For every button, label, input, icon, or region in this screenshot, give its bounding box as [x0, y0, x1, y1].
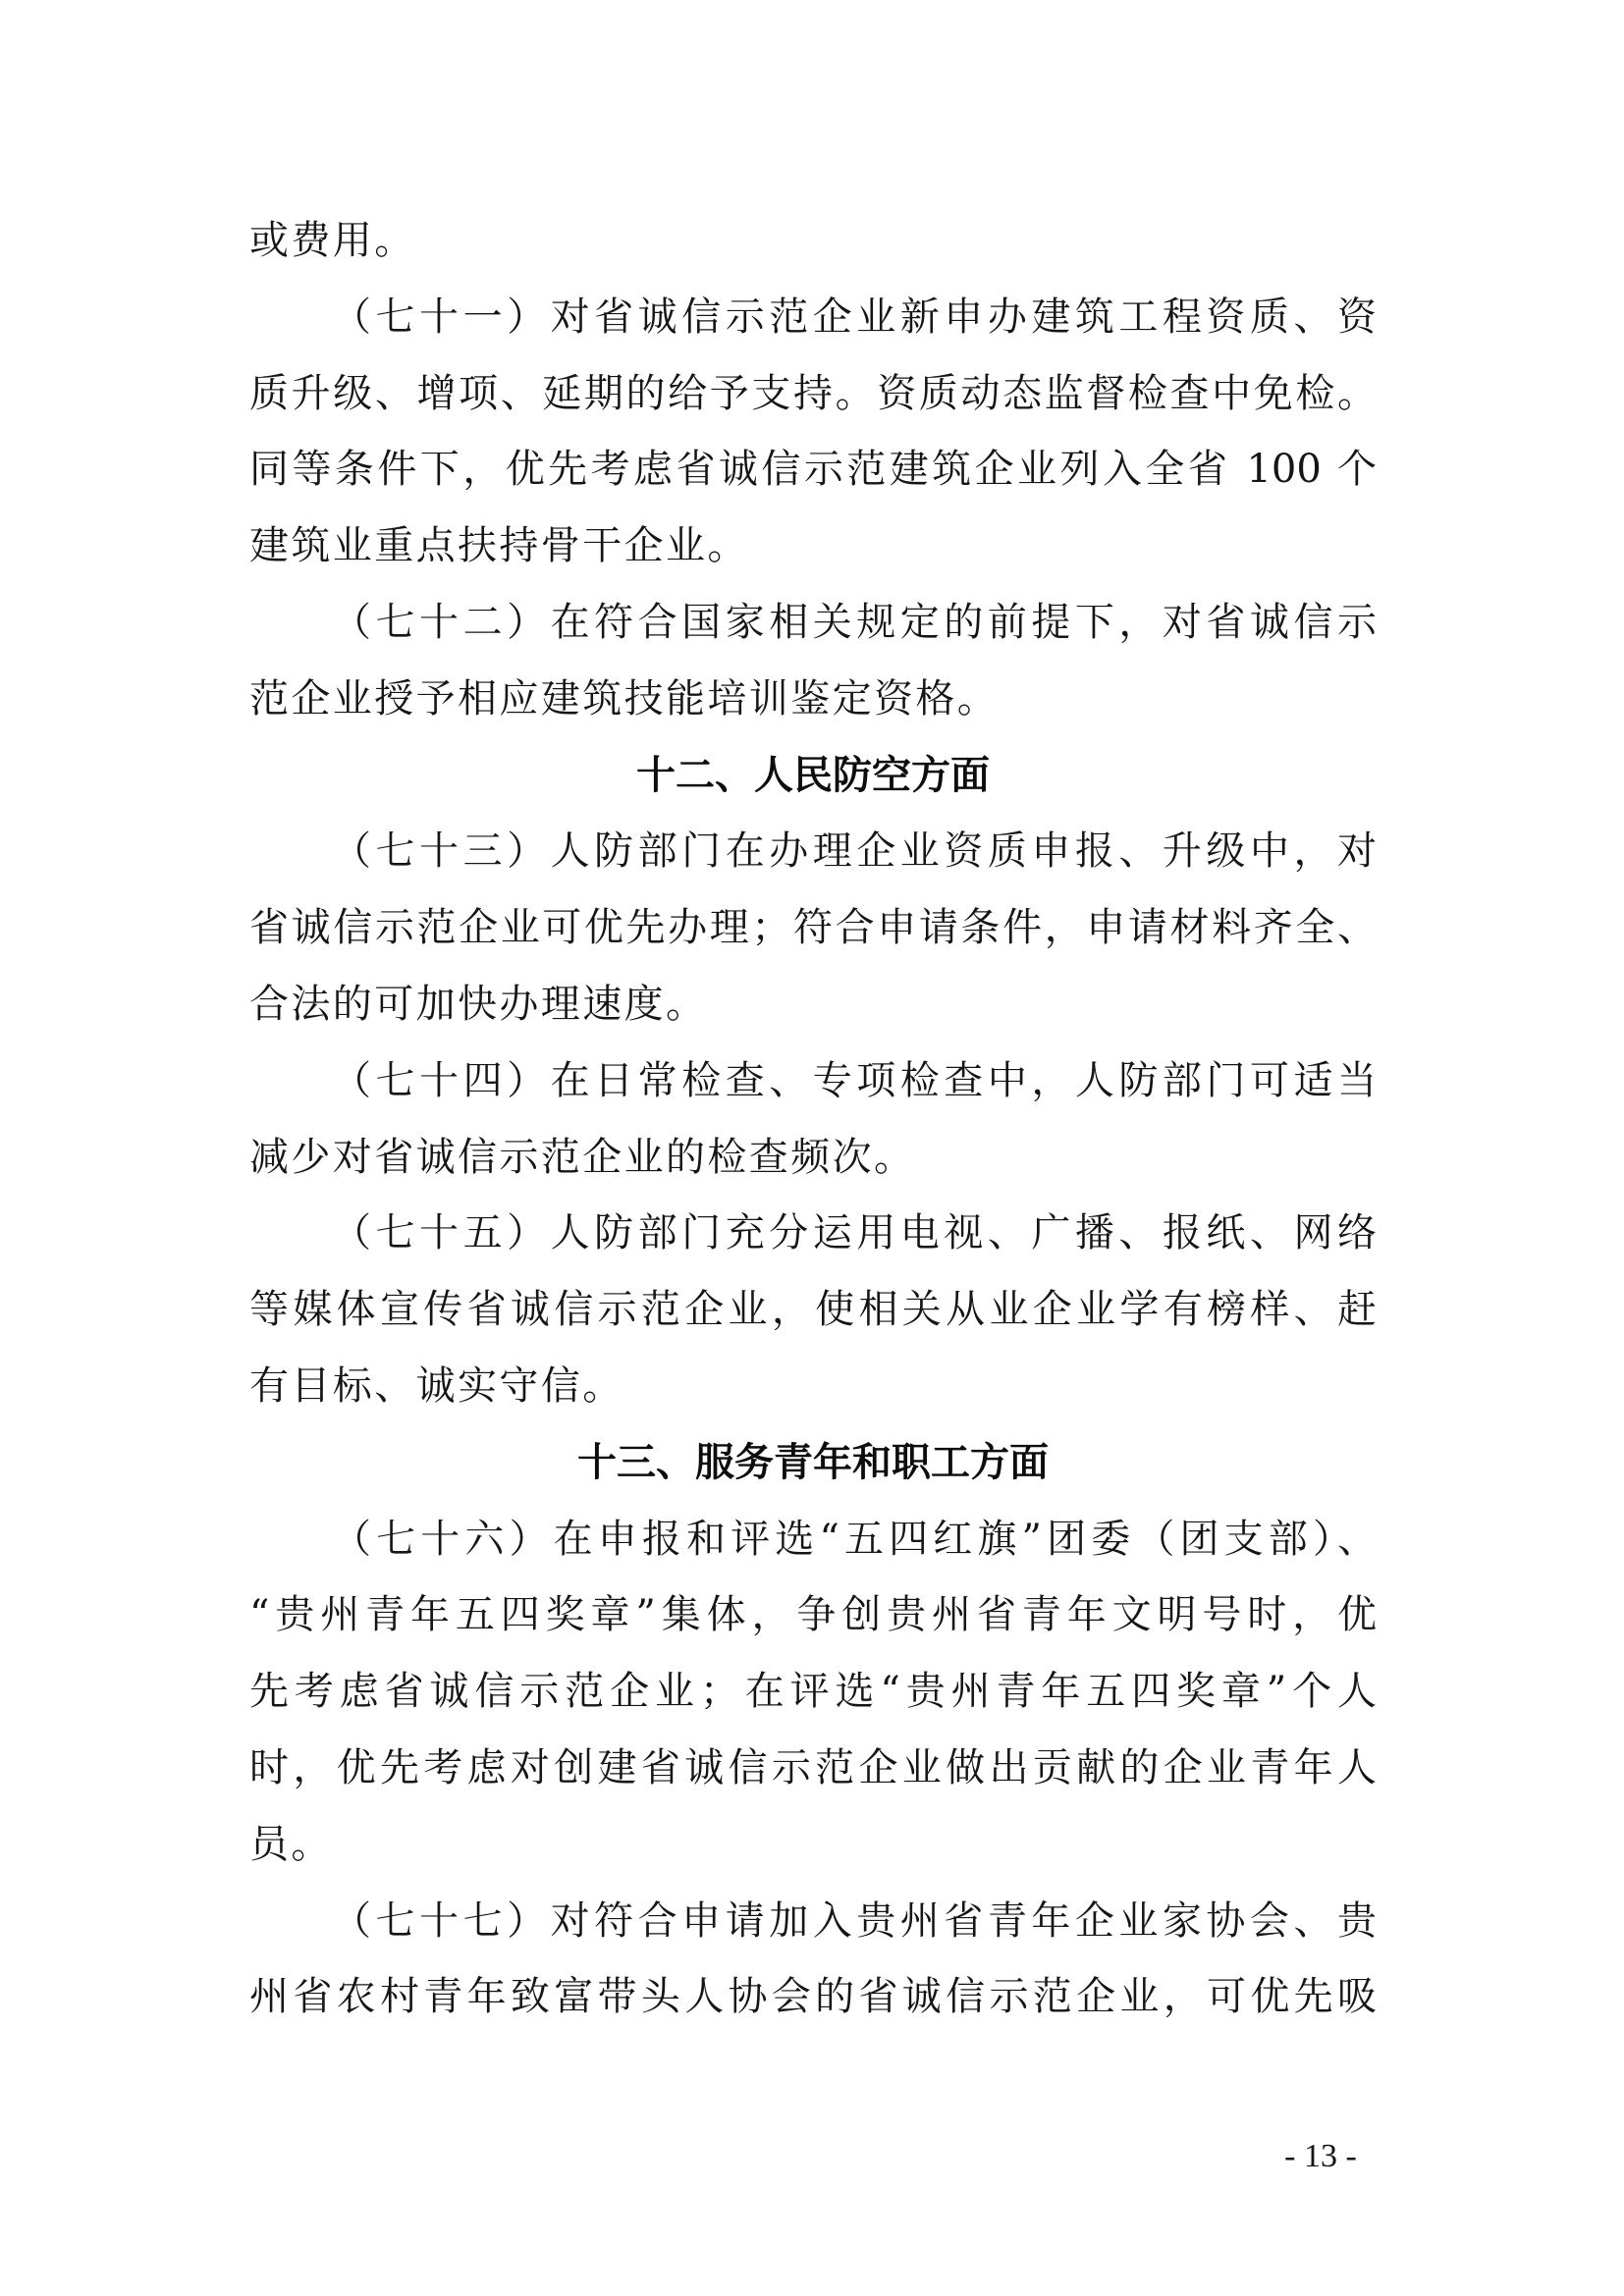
page-number: - 13 -	[1257, 2135, 1384, 2178]
body-line: 先考虑省诚信示范企业；在评选“贵州青年五四奖章”个人	[249, 1662, 1377, 1721]
body-line: 减少对省诚信示范企业的检查频次。	[249, 1128, 1377, 1187]
body-line: 范企业授予相应建筑技能培训鉴定资格。	[249, 669, 1377, 728]
paragraph-76-line: （七十六）在申报和评选“五四红旗”团委（团支部）、	[249, 1510, 1377, 1569]
body-line: 员。	[249, 1815, 1377, 1874]
paragraph-73-line: （七十三）人防部门在办理企业资质申报、升级中，对	[249, 822, 1377, 881]
paragraph-71-line: （七十一）对省诚信示范企业新申办建筑工程资质、资	[249, 288, 1377, 347]
body-line: 质升级、增项、延期的给予支持。资质动态监督检查中免检。	[249, 364, 1377, 423]
section-heading-youth-and-workers: 十三、服务青年和职工方面	[249, 1433, 1377, 1492]
body-line: 有目标、诚实守信。	[249, 1357, 1377, 1415]
paragraph-75-line: （七十五）人防部门充分运用电视、广播、报纸、网络	[249, 1203, 1377, 1262]
body-line: 州省农村青年致富带头人协会的省诚信示范企业，可优先吸	[249, 1967, 1377, 2026]
paragraph-77-line: （七十七）对符合申请加入贵州省青年企业家协会、贵	[249, 1892, 1377, 1950]
section-heading-civil-air-defense: 十二、人民防空方面	[249, 746, 1377, 805]
body-line: 省诚信示范企业可优先办理；符合申请条件，申请材料齐全、	[249, 898, 1377, 957]
paragraph-72-line: （七十二）在符合国家相关规定的前提下，对省诚信示	[249, 593, 1377, 652]
body-line: 等媒体宣传省诚信示范企业，使相关从业企业学有榜样、赶	[249, 1280, 1377, 1339]
body-line: 同等条件下，优先考虑省诚信示范建筑企业列入全省 100 个	[249, 440, 1377, 499]
body-line: “贵州青年五四奖章”集体，争创贵州省青年文明号时，优	[249, 1585, 1377, 1644]
body-line: 合法的可加快办理速度。	[249, 975, 1377, 1034]
body-line: 建筑业重点扶持骨干企业。	[249, 516, 1377, 575]
body-line: 或费用。	[249, 211, 1377, 270]
document-page: 或费用。 （七十一）对省诚信示范企业新申办建筑工程资质、资 质升级、增项、延期的…	[0, 0, 1624, 2296]
paragraph-74-line: （七十四）在日常检查、专项检查中，人防部门可适当	[249, 1051, 1377, 1110]
body-line: 时，优先考虑对创建省诚信示范企业做出贡献的企业青年人	[249, 1738, 1377, 1797]
